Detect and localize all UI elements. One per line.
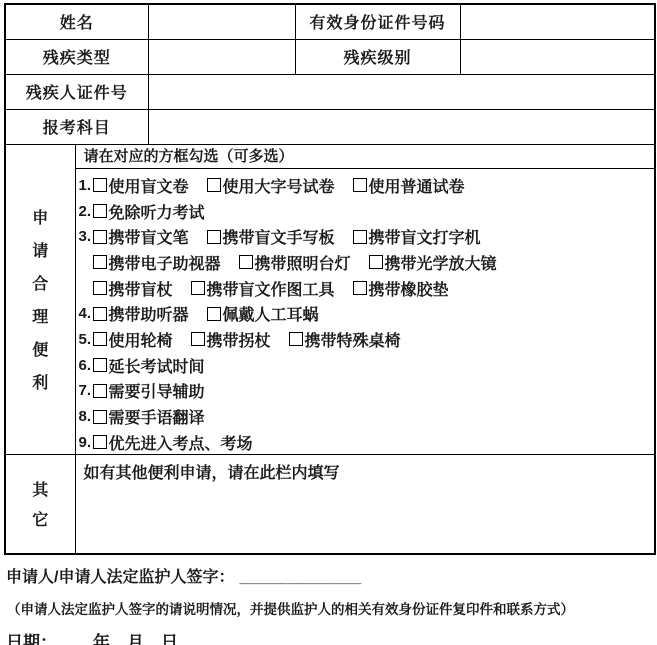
accommodation-option: 携带电子助视器 — [93, 251, 221, 274]
accommodation-option: 携带盲文打字机 — [353, 225, 481, 248]
accommodation-option: 使用轮椅 — [93, 328, 173, 351]
row-other: 其 它 如有其他便利申请，请在此栏内填写 — [5, 454, 655, 554]
line-number: 3. — [79, 228, 93, 245]
checkbox-icon[interactable] — [353, 178, 367, 192]
option-label: 使用大字号试卷 — [223, 174, 335, 197]
checkbox-icon[interactable] — [207, 178, 221, 192]
option-label: 携带盲文手写板 — [223, 225, 335, 248]
checkbox-icon[interactable] — [93, 358, 107, 372]
name-label: 姓名 — [5, 4, 148, 39]
section-char: 其 — [32, 477, 48, 500]
disability-level-input-cell[interactable] — [460, 39, 655, 74]
date-month-unit: 月 — [127, 628, 144, 645]
other-prompt: 如有其他便利申请，请在此栏内填写 — [76, 455, 655, 488]
option-label: 携带电子助视器 — [109, 251, 221, 274]
checkbox-icon[interactable] — [353, 230, 367, 244]
checkbox-icon[interactable] — [289, 332, 303, 346]
date-day-unit: 日 — [161, 628, 178, 645]
option-label: 携带光学放大镜 — [385, 251, 497, 274]
checkbox-icon[interactable] — [93, 178, 107, 192]
disability-type-input-cell[interactable] — [148, 39, 295, 74]
section-char: 理 — [32, 304, 48, 327]
option-label: 使用普通试卷 — [369, 174, 465, 197]
option-label: 优先进入考点、考场 — [109, 431, 253, 454]
option-label: 携带特殊桌椅 — [305, 328, 401, 351]
option-label: 携带盲文作图工具 — [207, 277, 335, 300]
checkbox-icon[interactable] — [93, 204, 107, 218]
section-char: 便 — [32, 337, 48, 360]
accommodation-application-form: 姓名 有效身份证件号码 残疾类型 残疾级别 残疾人证件号 报考科目 申 请 — [0, 0, 657, 645]
option-label: 免除听力考试 — [109, 200, 205, 223]
row-name-id: 姓名 有效身份证件号码 — [5, 4, 655, 39]
checkbox-icon[interactable] — [191, 332, 205, 346]
accommodation-line: 2.免除听力考试 — [79, 198, 655, 224]
accommodation-option: 需要引导辅助 — [93, 379, 205, 402]
checkbox-icon[interactable] — [93, 410, 107, 424]
section-char: 申 — [32, 205, 48, 228]
accommodation-lines: 1.使用盲文卷使用大字号试卷使用普通试卷2.免除听力考试3.携带盲文笔携带盲文手… — [76, 169, 655, 455]
option-label: 需要手语翻译 — [109, 405, 205, 428]
row-disability-type-level: 残疾类型 残疾级别 — [5, 39, 655, 74]
accommodation-option: 携带盲文作图工具 — [191, 277, 335, 300]
accommodation-line: 4.携带助听器佩戴人工耳蜗 — [79, 301, 655, 327]
accommodation-option: 优先进入考点、考场 — [93, 431, 253, 454]
line-number: 9. — [79, 434, 93, 451]
accommodation-option: 需要手语翻译 — [93, 405, 205, 428]
other-input-cell[interactable]: 如有其他便利申请，请在此栏内填写 — [75, 454, 655, 554]
id-number-input-cell[interactable] — [460, 4, 655, 39]
accommodation-content-cell: 请在对应的方框勾选（可多选） 1.使用盲文卷使用大字号试卷使用普通试卷2.免除听… — [75, 144, 655, 454]
option-label: 携带拐杖 — [207, 328, 271, 351]
date-year-unit: 年 — [93, 628, 110, 645]
accommodation-option: 佩戴人工耳蜗 — [207, 302, 319, 325]
accommodation-prompt: 请在对应的方框勾选（可多选） — [76, 145, 655, 169]
accommodation-option: 免除听力考试 — [93, 200, 205, 223]
checkbox-icon[interactable] — [93, 384, 107, 398]
form-table: 姓名 有效身份证件号码 残疾类型 残疾级别 残疾人证件号 报考科目 申 请 — [4, 3, 656, 555]
option-label: 携带助听器 — [109, 302, 189, 325]
accommodation-option: 携带盲文笔 — [93, 225, 189, 248]
checkbox-icon[interactable] — [93, 307, 107, 321]
signature-blank-line[interactable]: _____________ — [239, 569, 361, 587]
accommodation-option: 携带盲文手写板 — [207, 225, 335, 248]
section-char: 合 — [32, 271, 48, 294]
option-label: 携带照明台灯 — [255, 251, 351, 274]
checkbox-icon[interactable] — [369, 255, 383, 269]
option-label: 使用盲文卷 — [109, 174, 189, 197]
option-label: 使用轮椅 — [109, 328, 173, 351]
accommodation-option: 携带拐杖 — [191, 328, 271, 351]
id-number-label: 有效身份证件号码 — [295, 4, 460, 39]
accommodation-option: 携带盲杖 — [93, 277, 173, 300]
accommodation-line: 9.优先进入考点、考场 — [79, 429, 655, 454]
checkbox-icon[interactable] — [191, 281, 205, 295]
section-char: 利 — [32, 370, 48, 393]
accommodation-line: 3.携带盲文笔携带盲文手写板携带盲文打字机 — [79, 224, 655, 250]
other-section-label: 其 它 — [5, 454, 75, 554]
option-label: 携带橡胶垫 — [369, 277, 449, 300]
accommodation-option: 延长考试时间 — [93, 354, 205, 377]
subjects-label: 报考科目 — [5, 109, 148, 144]
subjects-input-cell[interactable] — [148, 109, 655, 144]
option-label: 携带盲文打字机 — [369, 225, 481, 248]
checkbox-icon[interactable] — [93, 332, 107, 346]
accommodation-section-label-chars: 申 请 合 理 便 利 — [6, 146, 75, 452]
accommodation-line: 6.延长考试时间 — [79, 352, 655, 378]
cert-number-label: 残疾人证件号 — [5, 74, 148, 109]
signature-row: 申请人/申请人法定监护人签字： _____________ — [6, 564, 654, 587]
accommodation-option: 使用普通试卷 — [353, 174, 465, 197]
accommodation-content: 请在对应的方框勾选（可多选） 1.使用盲文卷使用大字号试卷使用普通试卷2.免除听… — [76, 145, 655, 453]
accommodation-option: 使用盲文卷 — [93, 174, 189, 197]
accommodation-line: 5.使用轮椅携带拐杖携带特殊桌椅 — [79, 327, 655, 353]
checkbox-icon[interactable] — [93, 435, 107, 449]
line-number: 7. — [79, 382, 93, 399]
line-number: 8. — [79, 408, 93, 425]
row-accommodation: 申 请 合 理 便 利 请在对应的方框勾选（可多选） 1.使用盲文卷使用大字号试… — [5, 144, 655, 454]
accommodation-line: 7.需要引导辅助 — [79, 378, 655, 404]
accommodation-option: 携带特殊桌椅 — [289, 328, 401, 351]
accommodation-line: 携带电子助视器携带照明台灯携带光学放大镜 — [79, 250, 655, 276]
line-number: 2. — [79, 203, 93, 220]
guardian-note: （申请人法定监护人签字的请说明情况，并提供监护人的相关有效身份证件复印件和联系方… — [7, 598, 654, 618]
other-section-label-chars: 其 它 — [6, 456, 75, 552]
date-label: 日期： — [6, 628, 57, 645]
line-number: 4. — [79, 305, 93, 322]
accommodation-option: 携带橡胶垫 — [353, 277, 449, 300]
accommodation-line: 1.使用盲文卷使用大字号试卷使用普通试卷 — [79, 173, 655, 199]
line-number: 6. — [79, 357, 93, 374]
option-label: 携带盲文笔 — [109, 225, 189, 248]
accommodation-section-label: 申 请 合 理 便 利 — [5, 144, 75, 454]
accommodation-line: 8.需要手语翻译 — [79, 404, 655, 430]
checkbox-icon[interactable] — [93, 230, 107, 244]
accommodation-line: 携带盲杖携带盲文作图工具携带橡胶垫 — [79, 275, 655, 301]
checkbox-icon[interactable] — [353, 281, 367, 295]
checkbox-icon[interactable] — [93, 255, 107, 269]
option-label: 携带盲杖 — [109, 277, 173, 300]
accommodation-option: 使用大字号试卷 — [207, 174, 335, 197]
name-input-cell[interactable] — [148, 4, 295, 39]
row-subjects: 报考科目 — [5, 109, 655, 144]
line-number: 1. — [79, 177, 93, 194]
disability-level-label: 残疾级别 — [295, 39, 460, 74]
checkbox-icon[interactable] — [207, 230, 221, 244]
option-label: 需要引导辅助 — [109, 379, 205, 402]
date-row: 日期： 年 月 日 — [6, 628, 654, 645]
section-char: 它 — [32, 507, 48, 530]
cert-number-input-cell[interactable] — [148, 74, 655, 109]
section-char: 请 — [32, 238, 48, 261]
row-cert-number: 残疾人证件号 — [5, 74, 655, 109]
option-label: 佩戴人工耳蜗 — [223, 302, 319, 325]
accommodation-option: 携带助听器 — [93, 302, 189, 325]
signature-label: 申请人/申请人法定监护人签字： — [6, 564, 234, 587]
checkbox-icon[interactable] — [207, 307, 221, 321]
checkbox-icon[interactable] — [93, 281, 107, 295]
option-label: 延长考试时间 — [109, 354, 205, 377]
disability-type-label: 残疾类型 — [5, 39, 148, 74]
checkbox-icon[interactable] — [239, 255, 253, 269]
accommodation-option: 携带光学放大镜 — [369, 251, 497, 274]
line-number: 5. — [79, 331, 93, 348]
accommodation-option: 携带照明台灯 — [239, 251, 351, 274]
